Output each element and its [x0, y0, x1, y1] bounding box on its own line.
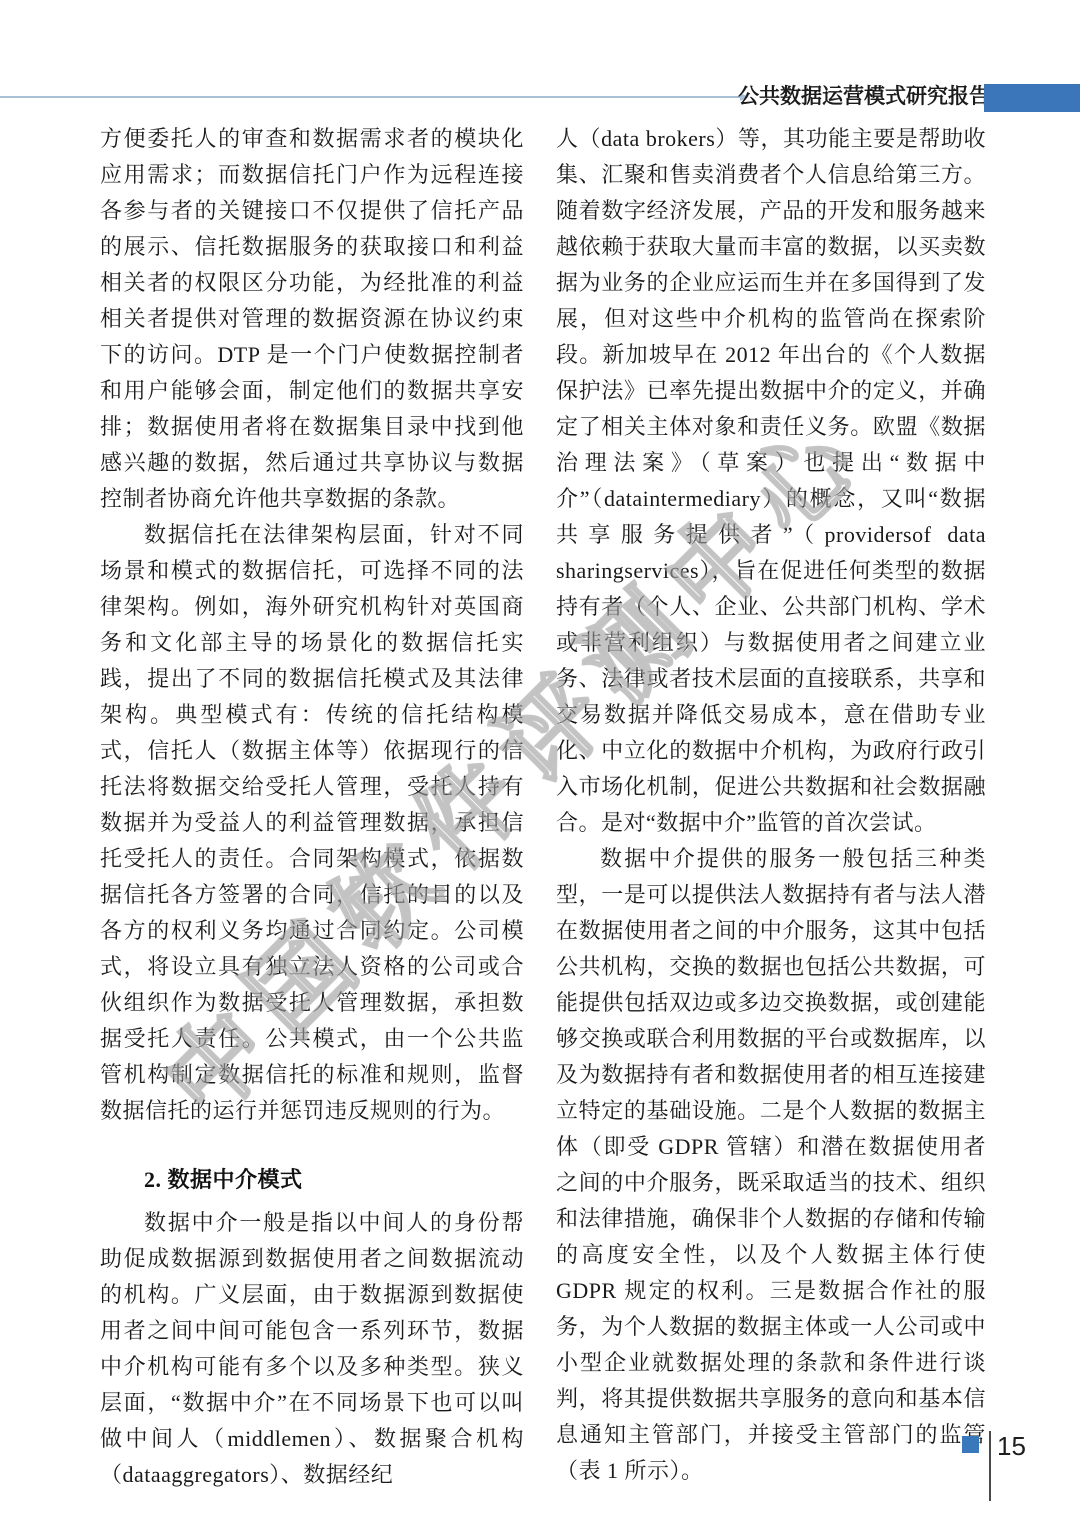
left-paragraph-2: 数据信托在法律架构层面，针对不同场景和模式的数据信托，可选择不同的法律架构。例如…: [100, 517, 524, 1129]
header-accent-block: [984, 84, 1080, 112]
right-paragraph-2: 数据中介提供的服务一般包括三种类型，一是可以提供法人数据持有者与法人潜在数据使用…: [556, 841, 986, 1489]
report-page: 公共数据运营模式研究报告 方便委托人的审查和数据需求者的模块化应用需求；而数据信…: [0, 0, 1080, 1527]
left-column: 方便委托人的审查和数据需求者的模块化应用需求；而数据信托门户作为远程连接各参与者…: [100, 121, 524, 1493]
left-paragraph-1: 方便委托人的审查和数据需求者的模块化应用需求；而数据信托门户作为远程连接各参与者…: [100, 121, 524, 517]
footer-divider: [989, 1431, 991, 1501]
right-column: 人（data brokers）等，其功能主要是帮助收集、汇聚和售卖消费者个人信息…: [556, 121, 986, 1489]
right-paragraph-1: 人（data brokers）等，其功能主要是帮助收集、汇聚和售卖消费者个人信息…: [556, 121, 986, 841]
page-number: 15: [997, 1431, 1026, 1462]
report-title: 公共数据运营模式研究报告: [738, 83, 982, 111]
header-rule: [0, 96, 740, 98]
section-heading-data-intermediary: 2. 数据中介模式: [100, 1162, 524, 1198]
left-paragraph-3: 数据中介一般是指以中间人的身份帮助促成数据源到数据使用者之间数据流动的机构。广义…: [100, 1205, 524, 1493]
footer-square-icon: [962, 1436, 979, 1453]
